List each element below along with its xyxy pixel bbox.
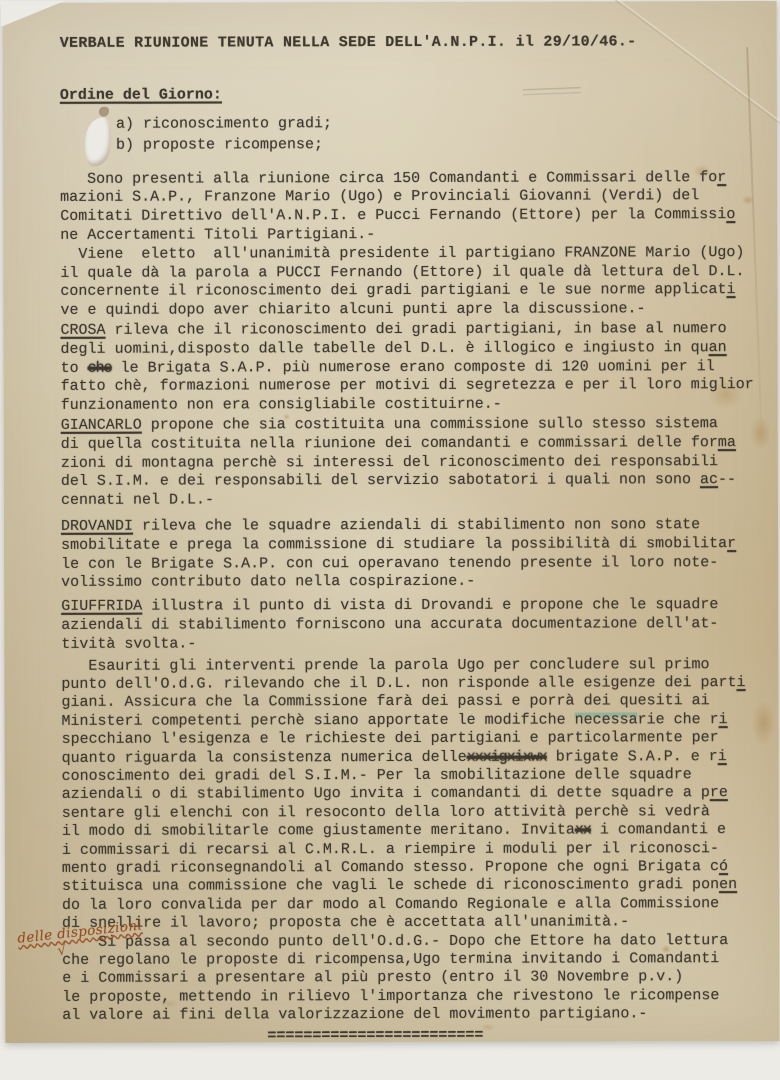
insertion-caret-mark: √: [56, 940, 68, 959]
agenda-item-a: a) riconoscimento gradi;: [116, 112, 772, 135]
agenda-heading: Ordine del Giorno:: [60, 86, 222, 105]
paragraph-drovandi: DROVANDI rileva che le squadre aziendali…: [61, 516, 773, 593]
paragraph-giuffrida: GIUFFRIDA illustra il punto di vista di …: [61, 596, 773, 654]
paragraph-presenti: Sono presenti alla riunione circa 150 Co…: [60, 169, 772, 246]
paragraph-esauriti: Esauriti gli interventi prende la parola…: [61, 656, 774, 934]
paragraph-secondo-punto: Si passa al secondo punto dell'O.d.G.- D…: [62, 932, 774, 1026]
photo-background: VERBALE RIUNIONE TENUTA NELLA SEDE DELL'…: [0, 0, 780, 1080]
typed-content: VERBALE RIUNIONE TENUTA NELLA SEDE DELL'…: [60, 33, 775, 1046]
paragraph-crosa: CROSA rileva che il riconoscimento dei g…: [60, 320, 772, 416]
separator-line: ========================: [267, 1026, 774, 1046]
paragraph-giancarlo: GIANCARLO propone che sia costituita una…: [61, 415, 773, 511]
agenda-item-b: b) proposte ricompense;: [116, 133, 772, 156]
document-title: VERBALE RIUNIONE TENUTA NELLA SEDE DELL'…: [60, 33, 772, 54]
agenda-list: a) riconoscimento gradi; b) proposte ric…: [60, 112, 772, 156]
corner-fold-top-left: [1, 1, 65, 27]
paper: VERBALE RIUNIONE TENUTA NELLA SEDE DELL'…: [3, 1, 780, 1043]
paragraph-viene-eletto: Viene eletto all'unanimità presidente il…: [60, 244, 772, 321]
